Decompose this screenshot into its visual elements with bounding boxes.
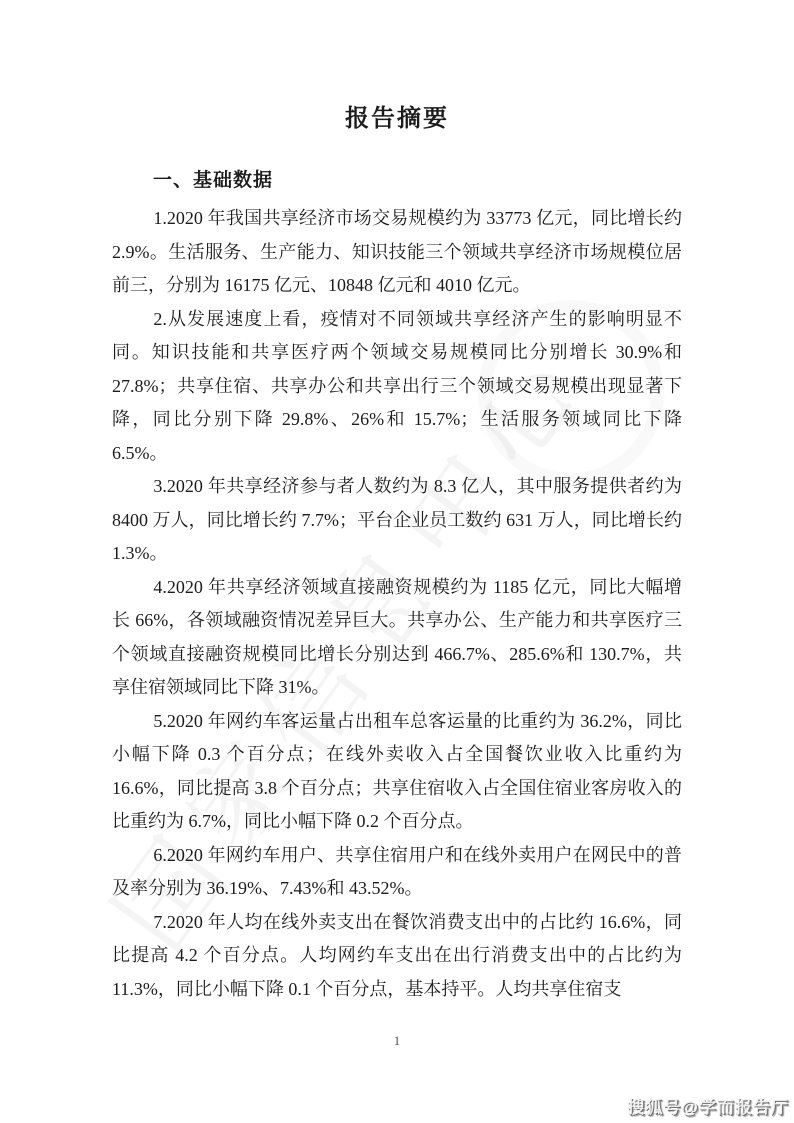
document-body: 1.2020 年我国共享经济市场交易规模约为 33773 亿元，同比增长约 2.… — [112, 202, 682, 1006]
document-title: 报告摘要 — [0, 98, 794, 133]
paragraph: 5.2020 年网约车客运量占出租车总客运量的比重约为 36.2%，同比小幅下降… — [112, 705, 682, 839]
document-page: 国家信息中心 报告摘要 一、基础数据 1.2020 年我国共享经济市场交易规模约… — [0, 0, 794, 1123]
paragraph: 2.从发展速度上看，疫情对不同领域共享经济产生的影响明显不同。知识技能和共享医疗… — [112, 303, 682, 471]
paragraph: 4.2020 年共享经济领域直接融资规模约为 1185 亿元，同比大幅增长 66… — [112, 571, 682, 705]
section-heading: 一、基础数据 — [153, 165, 273, 192]
paragraph: 3.2020 年共享经济参与者人数约为 8.3 亿人，其中服务提供者约为 840… — [112, 470, 682, 571]
sohu-account-watermark: 搜狐号@学而报告厅 — [627, 1093, 789, 1118]
paragraph: 6.2020 年网约车用户、共享住宿用户和在线外卖用户在网民中的普及率分别为 3… — [112, 839, 682, 906]
page-number: 1 — [0, 1033, 794, 1049]
paragraph: 1.2020 年我国共享经济市场交易规模约为 33773 亿元，同比增长约 2.… — [112, 202, 682, 303]
paragraph: 7.2020 年人均在线外卖支出在餐饮消费支出中的占比约 16.6%，同比提高 … — [112, 906, 682, 1007]
